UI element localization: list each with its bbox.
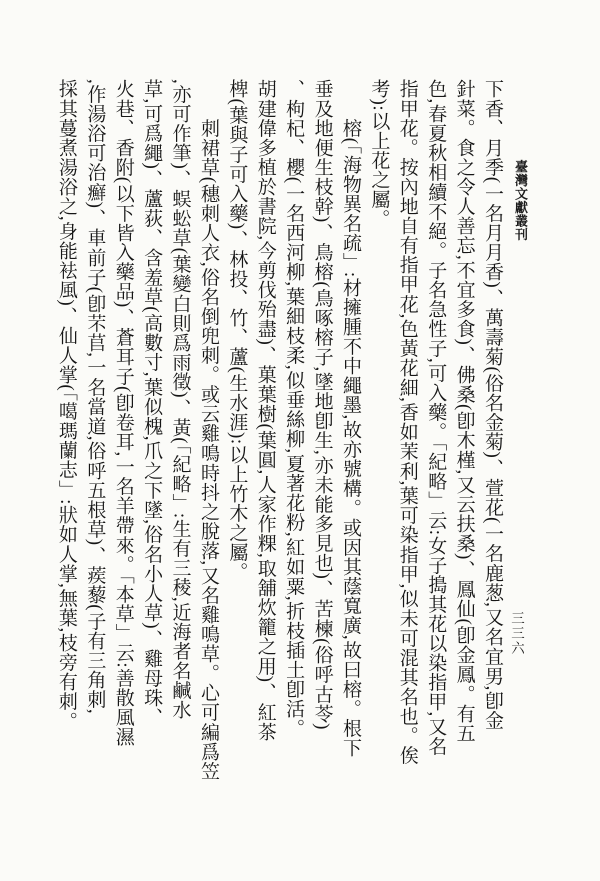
text-column: 色,春夏秋相續不絕。子名急性子,可入藥。「紀略」云:女子搗其花以染指甲,又名 xyxy=(421,79,449,825)
text-column: 垂及地便生枝幹)、鳥榕(鳥啄榕子,墜地卽生,亦未能多見也)、苦楝(俗呼古苓) xyxy=(307,79,335,825)
text-column: 考):以上花之屬。 xyxy=(364,79,392,825)
text-column: 榕(「海物異名疏」:材擁腫不中繩墨,故亦號構。或因其蔭寬廣,故曰榕。根下 xyxy=(336,79,364,825)
book-page: 臺灣文獻叢刊 三三六 下香、月季(一名月月香)、萬壽菊(俗名金菊)、萱花(一名鹿… xyxy=(0,0,600,881)
text-column: 刺裙草(穗刺人衣,俗名倒兜刺。或云雞鳴時抖之脫落,又名雞鳴草。心可編爲笠 xyxy=(194,79,222,825)
text-column: ,亦可作筆)、蜈蚣草(葉變白則爲雨徵)、黃(「紀略」:生有三稜,近海者名鹹水 xyxy=(165,79,193,825)
text-column: 草,可爲繩)、蘆荻、含羞草(高數寸,葉似槐,爪之下墜,俗名小人草)、雞母珠、 xyxy=(137,79,165,825)
text-column: 指甲花。按內地自有指甲花,色黃花細,香如茉利,葉可染指甲,似未可混其名也。俟 xyxy=(392,79,420,825)
text-block: 下香、月季(一名月月香)、萬壽菊(俗名金菊)、萱花(一名鹿葱,又名宜男,卽金 針… xyxy=(52,79,506,825)
text-column: 、枸杞、櫻(一名西河柳,葉細枝柔,似垂絲柳,夏著花粉,紅如粟,折枝插土卽活。 xyxy=(279,79,307,825)
text-column: 火巷、香附(以下皆入藥品)、蒼耳子(卽卷耳,一名羊帶來。「本草」云:善散風濕 xyxy=(108,79,136,825)
text-column: 椑(葉與子可入藥)、林投、竹、蘆(生水涯):以上竹木之屬。 xyxy=(222,79,250,825)
text-column: 下香、月季(一名月月香)、萬壽菊(俗名金菊)、萱花(一名鹿葱,又名宜男,卽金 xyxy=(478,79,506,825)
text-column: ,作湯浴可治癬)、車前子(卽芣苢,一名當道,俗呼五根草)、蒺藜(子有三角刺, xyxy=(80,79,108,825)
text-column: 採其蔓煮湯浴之,身能袪風)、仙人掌(「噶瑪蘭志」:狀如人掌,無葉,枝旁有刺。 xyxy=(52,79,80,825)
page-number: 三三六 xyxy=(506,611,526,656)
text-column: 胡建偉多植於書院,今剪伐殆盡)、菓葉樹(葉圓,人家作粿,取舖炊籠之用)、紅茶 xyxy=(250,79,278,825)
series-title: 臺灣文獻叢刊 xyxy=(511,160,530,241)
text-column: 針菜。食之令人善忘,不宜多食)、佛桑(卽木槿,又云扶桑)、鳳仙(卽金鳳。有五 xyxy=(449,79,477,825)
